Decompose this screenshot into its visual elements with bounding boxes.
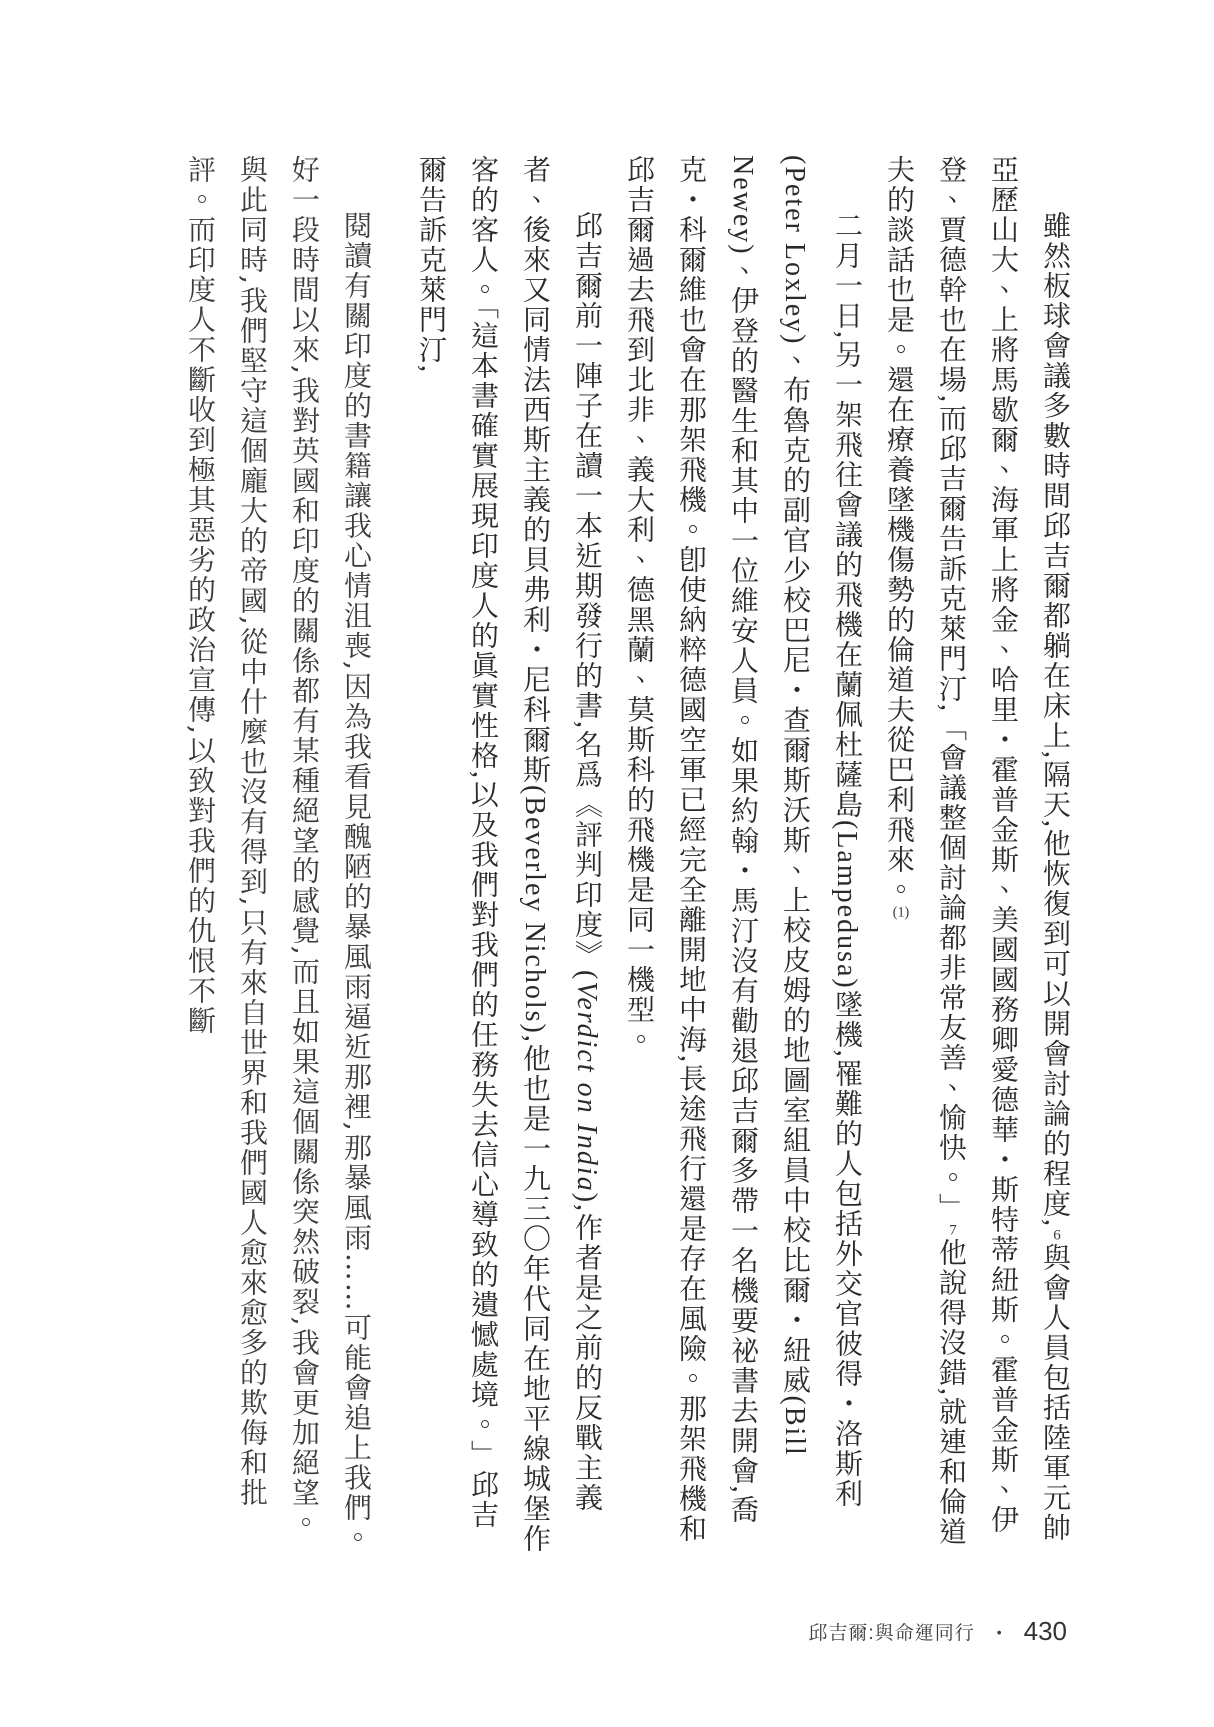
italic-latin-text: Verdict on India: [571, 981, 602, 1192]
text-run: 邱吉爾前一陣子在讀一本近期發行的書,名爲《評判印度》(: [571, 211, 602, 981]
body-paragraph: 二月一日,另一架飛往會議的飛機在蘭佩杜薩島(Lampedusa)墜機,罹難的人包…: [612, 155, 872, 1555]
footnote-marker: 7: [945, 1223, 961, 1238]
text-run: 二月一日,另一架飛往會議的飛機在蘭佩杜薩島(Lampedusa)墜機,罹難的人包…: [623, 155, 862, 1544]
body-paragraph: 雖然板球會議多數時間邱吉爾都躺在床上,隔天,他恢復到可以開會討論的程度,6與會人…: [872, 155, 1080, 1555]
text-run: 閱讀有關印度的書籍讓我心情沮喪,因為我看見醜陋的暴風雨逼近那裡,那暴風雨……可能…: [184, 155, 373, 1553]
footnote-marker: 6: [1049, 1228, 1065, 1243]
book-page: 雖然板球會議多數時間邱吉爾都躺在床上,隔天,他恢復到可以開會討論的程度,6與會人…: [0, 0, 1214, 1727]
article-body: 雖然板球會議多數時間邱吉爾都躺在床上,隔天,他恢復到可以開會討論的程度,6與會人…: [174, 155, 1080, 1555]
running-title: 邱吉爾:與命運同行: [808, 1618, 974, 1645]
page-footer: 邱吉爾:與命運同行 • 430: [808, 1616, 1067, 1647]
text-run: 雖然板球會議多數時間邱吉爾都躺在床上,隔天,他恢復到可以開會討論的程度,: [1039, 211, 1070, 1228]
block-quote-paragraph: 閱讀有關印度的書籍讓我心情沮喪,因為我看見醜陋的暴風雨逼近那裡,那暴風雨……可能…: [174, 155, 382, 1555]
footer-bullet: •: [997, 1625, 1002, 1639]
page-number: 430: [1024, 1616, 1067, 1647]
body-paragraph: 邱吉爾前一陣子在讀一本近期發行的書,名爲《評判印度》(Verdict on In…: [404, 155, 612, 1555]
footnote-marker: (1): [893, 905, 909, 920]
